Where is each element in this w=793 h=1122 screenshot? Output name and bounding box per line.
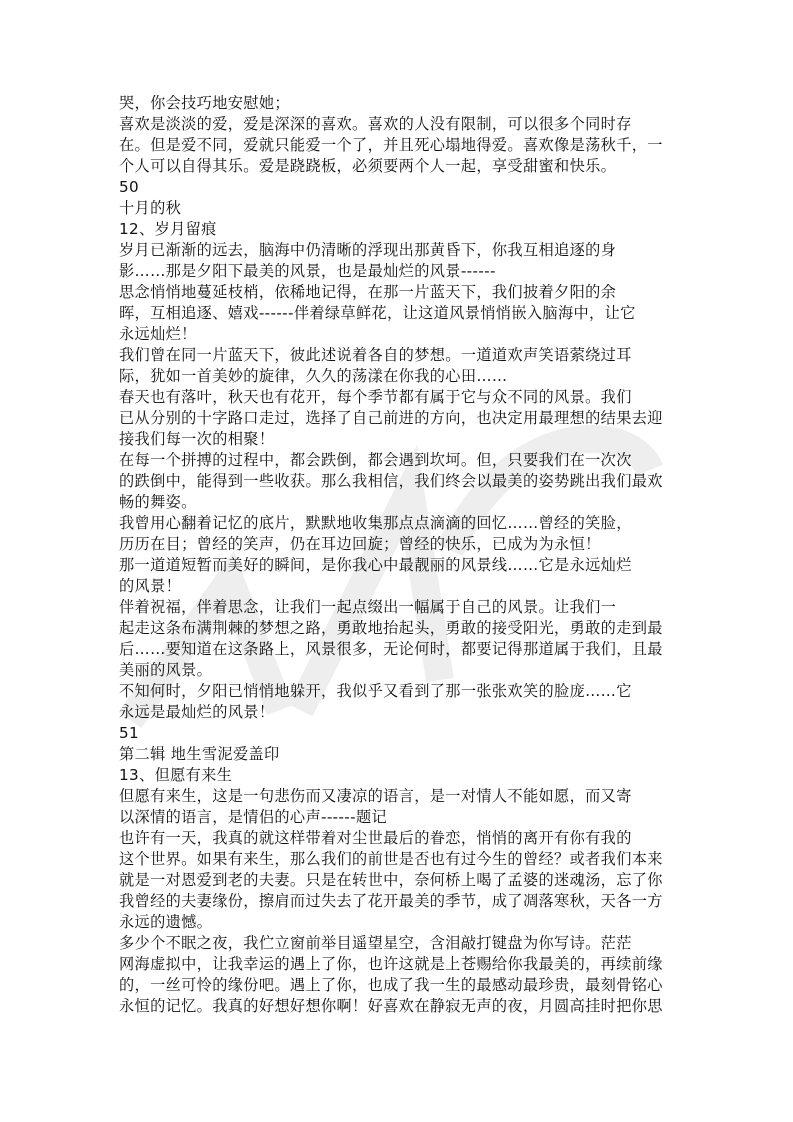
- text-line: 接我们每一次的相聚！: [119, 429, 679, 450]
- text-line: 际，犹如一首美妙的旋律，久久的荡漾在你我的心田……: [119, 366, 679, 387]
- text-line: 以深情的语言，是情侣的心声------题记: [119, 807, 679, 828]
- text-line: 晖，互相追逐、嬉戏------伴着绿草鲜花，让这道风景悄悄嵌入脑海中，让它: [119, 303, 679, 324]
- text-line: 起走这条布满荆棘的梦想之路，勇敢地抬起头，勇敢的接受阳光，勇敢的走到最: [119, 618, 679, 639]
- text-line: 我曾用心翻着记忆的底片，默默地收集那点点滴滴的回忆……曾经的笑脸，: [119, 513, 679, 534]
- text-line: 我曾经的夫妻缘份，擦肩而过失去了花开最美的季节，成了凋落寒秋，天各一方: [119, 891, 679, 912]
- text-line: 不知何时，夕阳已悄悄地躲开，我似乎又看到了那一张张欢笑的脸庞……它: [119, 681, 679, 702]
- text-line: 第二辑 地生雪泥爱盖印: [119, 744, 679, 765]
- text-line: 喜欢是淡淡的爱，爱是深深的喜欢。喜欢的人没有限制，可以很多个同时存: [119, 114, 679, 135]
- text-line: 50: [119, 177, 679, 198]
- document-page: 哭，你会技巧地安慰她；喜欢是淡淡的爱，爱是深深的喜欢。喜欢的人没有限制，可以很多…: [119, 93, 679, 1017]
- text-line: 我们曾在同一片蓝天下，彼此述说着各自的梦想。一道道欢声笑语萦绕过耳: [119, 345, 679, 366]
- text-line: 美丽的风景。: [119, 660, 679, 681]
- text-line: 哭，你会技巧地安慰她；: [119, 93, 679, 114]
- text-line: 后……要知道在这条路上，风景很多，无论何时，都要记得那道属于我们，且最: [119, 639, 679, 660]
- text-line: 也许有一天，我真的就这样带着对尘世最后的眷恋，悄悄的离开有你有我的: [119, 828, 679, 849]
- text-line: 多少个不眠之夜，我伫立窗前举目遥望星空，含泪敲打键盘为你写诗。茫茫: [119, 933, 679, 954]
- text-line: 12、岁月留痕: [119, 219, 679, 240]
- text-line: 就是一对恩爱到老的夫妻。只是在转世中，奈何桥上喝了孟婆的迷魂汤，忘了你: [119, 870, 679, 891]
- text-line: 永远的遗憾。: [119, 912, 679, 933]
- text-line: 历历在目；曾经的笑声，仍在耳边回旋；曾经的快乐，已成为为永恒！: [119, 534, 679, 555]
- text-line: 这个世界。如果有来生，那么我们的前世是否也有过今生的曾经？或者我们本来: [119, 849, 679, 870]
- text-line: 51: [119, 723, 679, 744]
- text-line: 思念悄悄地蔓延枝梢，依稀地记得，在那一片蓝天下，我们披着夕阳的余: [119, 282, 679, 303]
- text-line: 13、但愿有来生: [119, 765, 679, 786]
- text-line: 那一道道短暂而美好的瞬间，是你我心中最靓丽的风景线……它是永远灿烂: [119, 555, 679, 576]
- text-line: 十月的秋: [119, 198, 679, 219]
- text-line: 已从分别的十字路口走过，选择了自己前进的方向，也决定用最理想的结果去迎: [119, 408, 679, 429]
- text-line: 岁月已渐渐的远去，脑海中仍清晰的浮现出那黄昏下，你我互相追逐的身: [119, 240, 679, 261]
- text-line: 网海虚拟中，让我幸运的遇上了你，也许这就是上苍赐给你我最美的，再续前缘: [119, 954, 679, 975]
- text-line: 伴着祝福，伴着思念，让我们一起点缀出一幅属于自己的风景。让我们一: [119, 597, 679, 618]
- text-line: 畅的舞姿。: [119, 492, 679, 513]
- text-line: 的风景！: [119, 576, 679, 597]
- text-line: 的，一丝可怜的缘份吧。遇上了你，也成了我一生的最感动最珍贵，最刻骨铭心: [119, 975, 679, 996]
- text-line: 的跌倒中，能得到一些收获。那么我相信，我们终会以最美的姿势跳出我们最欢: [119, 471, 679, 492]
- text-line: 在每一个拼搏的过程中，都会跌倒，都会遇到坎坷。但，只要我们在一次次: [119, 450, 679, 471]
- text-line: 永远是最灿烂的风景！: [119, 702, 679, 723]
- text-line: 春天也有落叶，秋天也有花开，每个季节都有属于它与众不同的风景。我们: [119, 387, 679, 408]
- text-line: 永恒的记忆。我真的好想好想你啊！好喜欢在静寂无声的夜，月圆高挂时把你思: [119, 996, 679, 1017]
- text-line: 在。但是爱不同，爱就只能爱一个了，并且死心塌地得爱。喜欢像是荡秋千，一: [119, 135, 679, 156]
- text-line: 影……那是夕阳下最美的风景，也是最灿烂的风景------: [119, 261, 679, 282]
- text-line: 永远灿烂！: [119, 324, 679, 345]
- text-line: 个人可以自得其乐。爱是跷跷板，必须要两个人一起，享受甜蜜和快乐。: [119, 156, 679, 177]
- text-line: 但愿有来生，这是一句悲伤而又凄凉的语言，是一对情人不能如愿，而又寄: [119, 786, 679, 807]
